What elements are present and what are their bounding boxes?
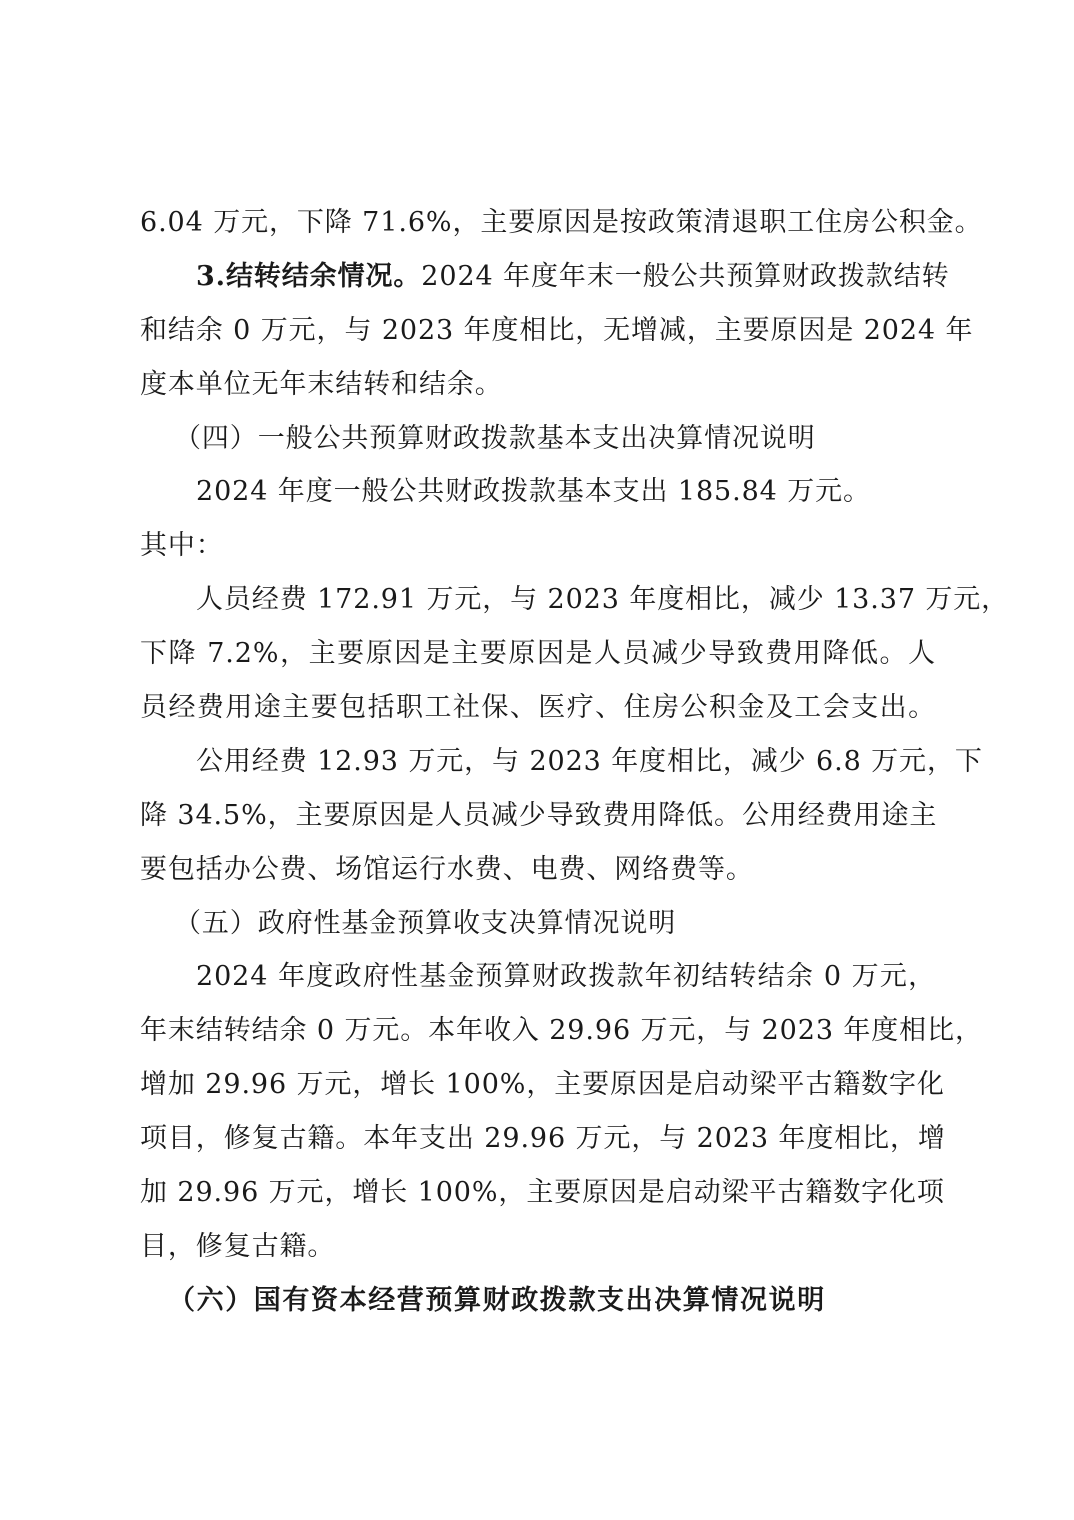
paragraph-line: 其中： (140, 519, 936, 573)
paragraph-line: 人员经费 172.91 万元，与 2023 年度相比，减少 13.37 万元， (140, 573, 936, 627)
paragraph-line: 年末结转结余 0 万元。本年收入 29.96 万元，与 2023 年度相比， (140, 1004, 936, 1058)
paragraph-line: 6.04 万元，下降 71.6%，主要原因是按政策清退职工住房公积金。 (140, 196, 936, 250)
section-3-carryover-line: 3.结转结余情况。2024 年度年末一般公共预算财政拨款结转 (140, 250, 936, 304)
paragraph-line: 度本单位无年末结转和结余。 (140, 358, 936, 412)
paragraph-line: 加 29.96 万元，增长 100%，主要原因是启动梁平古籍数字化项 (140, 1166, 936, 1220)
paragraph-line: 项目，修复古籍。本年支出 29.96 万元，与 2023 年度相比，增 (140, 1112, 936, 1166)
paragraph-line: 2024 年度政府性基金预算财政拨款年初结转结余 0 万元， (140, 950, 936, 1004)
paragraph-line: 要包括办公费、场馆运行水费、电费、网络费等。 (140, 843, 936, 897)
subsection-label-carryover: 3.结转结余情况。 (196, 261, 421, 292)
paragraph-line: 目，修复古籍。 (140, 1220, 936, 1274)
paragraph-line: 增加 29.96 万元，增长 100%，主要原因是启动梁平古籍数字化 (140, 1058, 936, 1112)
paragraph-line: 2024 年度一般公共财政拨款基本支出 185.84 万元。 (140, 465, 936, 519)
section-heading-6: （六）国有资本经营预算财政拨款支出决算情况说明 (140, 1274, 936, 1328)
paragraph-line: 降 34.5%，主要原因是人员减少导致费用降低。公用经费用途主 (140, 789, 936, 843)
section-heading-5: （五）政府性基金预算收支决算情况说明 (140, 897, 936, 951)
section-heading-4: （四）一般公共预算财政拨款基本支出决算情况说明 (140, 412, 936, 466)
paragraph-line: 公用经费 12.93 万元，与 2023 年度相比，减少 6.8 万元，下 (140, 735, 936, 789)
paragraph-line: 员经费用途主要包括职工社保、医疗、住房公积金及工会支出。 (140, 681, 936, 735)
paragraph-line: 和结余 0 万元，与 2023 年度相比，无增减，主要原因是 2024 年 (140, 304, 936, 358)
paragraph-line: 下降 7.2%，主要原因是主要原因是人员减少导致费用降低。人 (140, 627, 936, 681)
document-page: 6.04 万元，下降 71.6%，主要原因是按政策清退职工住房公积金。 3.结转… (140, 196, 936, 1328)
paragraph-text: 2024 年度年末一般公共预算财政拨款结转 (421, 261, 949, 292)
